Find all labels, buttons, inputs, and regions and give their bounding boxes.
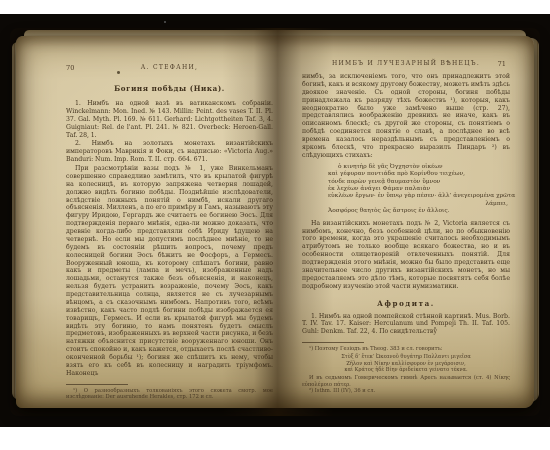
catalog-item-aphrodite-1: 1. Нимбъ на одной помпейской стѣнной кар… bbox=[302, 313, 510, 337]
footnote-2: ²) Isthm. III (IV), 36 и сл. bbox=[302, 388, 510, 395]
section-title-nika: Богиня побѣды (Ника). bbox=[66, 84, 273, 93]
verse-line: εὐκλέων ἔργων· ἐν ὕπνῳ γὰρ πέσεν· ἀλλ’ ἀ… bbox=[328, 193, 510, 200]
verse-line: καὶ γέφυραν ποντιάδα πρὸ Κορίνθου τειχέω… bbox=[328, 171, 510, 178]
footnote-rule-left bbox=[66, 384, 128, 385]
dust-speck bbox=[164, 21, 166, 23]
footnote-greek-line: Στὺξ δ’ ἔτεκ’ Ὠκεανοῦ θυγάτηρ Παλλαντι μ… bbox=[302, 354, 510, 361]
footnote-1-tail: И въ седьмомъ Гомерическомъ гимнѣ Аресъ … bbox=[302, 375, 510, 389]
body-paragraph-left: При разсмотрѣніи вазы подъ № 1, уже Винк… bbox=[66, 165, 273, 378]
running-head-right: НИМБЪ И ЛУЧЕЗАРНЫЙ ВѢНЕЦЪ. bbox=[332, 60, 480, 67]
continuation-paragraph: нимбъ, за исключеніемъ того, что онъ при… bbox=[302, 73, 510, 160]
catalog-item-2: 2. Нимбъ на золотыхъ монетахъ византійск… bbox=[66, 140, 273, 164]
footnote-greek-line: καὶ Κράτος ἠδὲ Βίην ἀριδείκετα γείνατο τ… bbox=[302, 367, 510, 374]
footnotes-left: ¹) О разнообразныхъ толкованіяхъ этого с… bbox=[66, 388, 273, 402]
running-head-left: А. СТЕФАНИ, bbox=[141, 64, 199, 71]
pindar-quote: ὁ κινητὴρ δὲ γᾶς Ὀγχηστὸν οἰκέων καὶ γέφ… bbox=[328, 164, 510, 216]
left-page-text: 1. Нимбъ на одной вазѣ въ ватиканскомъ с… bbox=[66, 100, 273, 378]
footnote-1-intro: ¹) Поэтому Гезіодъ въ Theog. 383 и сл. г… bbox=[302, 346, 510, 353]
footnotes-right: ¹) Поэтому Гезіодъ въ Theog. 383 и сл. г… bbox=[302, 346, 510, 395]
right-page-text-3: 1. Нимбъ на одной помпейской стѣнной кар… bbox=[302, 313, 510, 337]
page-number-right: 71 bbox=[498, 60, 506, 68]
footnote-rule-right bbox=[302, 342, 364, 343]
catalog-item-1: 1. Нимбъ на одной вазѣ въ ватиканскомъ с… bbox=[66, 100, 273, 139]
right-page-text-2: На византійскихъ монетахъ подъ № 2, Vict… bbox=[302, 220, 510, 291]
right-page-header: НИМБЪ И ЛУЧЕЗАРНЫЙ ВѢНЕЦЪ. 71 bbox=[302, 60, 510, 73]
verse-line: τόνδε πορὼν γενεᾷ θαυμαστὸν ὕμνον bbox=[328, 179, 510, 186]
page-number-left: 70 bbox=[66, 64, 74, 72]
footnote-hesiod-greek: Στὺξ δ’ ἔτεκ’ Ὠκεανοῦ θυγάτηρ Παλλαντι μ… bbox=[302, 354, 510, 374]
right-page-text: нимбъ, за исключеніемъ того, что онъ при… bbox=[302, 73, 510, 160]
left-page-header: 70 А. СТЕФАНИ, bbox=[66, 64, 273, 77]
footnote-1-left: ¹) О разнообразныхъ толкованіяхъ этого с… bbox=[66, 388, 273, 402]
section-title-aphrodite: Афродита. bbox=[302, 299, 510, 308]
open-book: 70 А. СТЕФАНИ, Богиня побѣды (Ника). 1. … bbox=[10, 28, 540, 416]
verse-line: ὁ κινητὴρ δὲ γᾶς Ὀγχηστὸν οἰκέων bbox=[338, 164, 510, 171]
book-photo-screenshot: 70 А. СТЕФАНИ, Богиня побѣды (Ника). 1. … bbox=[0, 0, 550, 450]
photo-background: 70 А. СТЕФАНИ, Богиня побѣды (Ника). 1. … bbox=[0, 14, 550, 427]
left-page: 70 А. СТЕФАНИ, Богиня побѣды (Ника). 1. … bbox=[66, 28, 273, 416]
body-paragraph-coins: На византійскихъ монетахъ подъ № 2, Vict… bbox=[302, 220, 510, 291]
verse-line: Ἀοσφόρος θαητὸς ὣς ἄστροις ἐν ἄλλοις. bbox=[328, 208, 510, 215]
right-page: НИМБЪ И ЛУЧЕЗАРНЫЙ ВѢНЕЦЪ. 71 нимбъ, за … bbox=[302, 28, 510, 416]
